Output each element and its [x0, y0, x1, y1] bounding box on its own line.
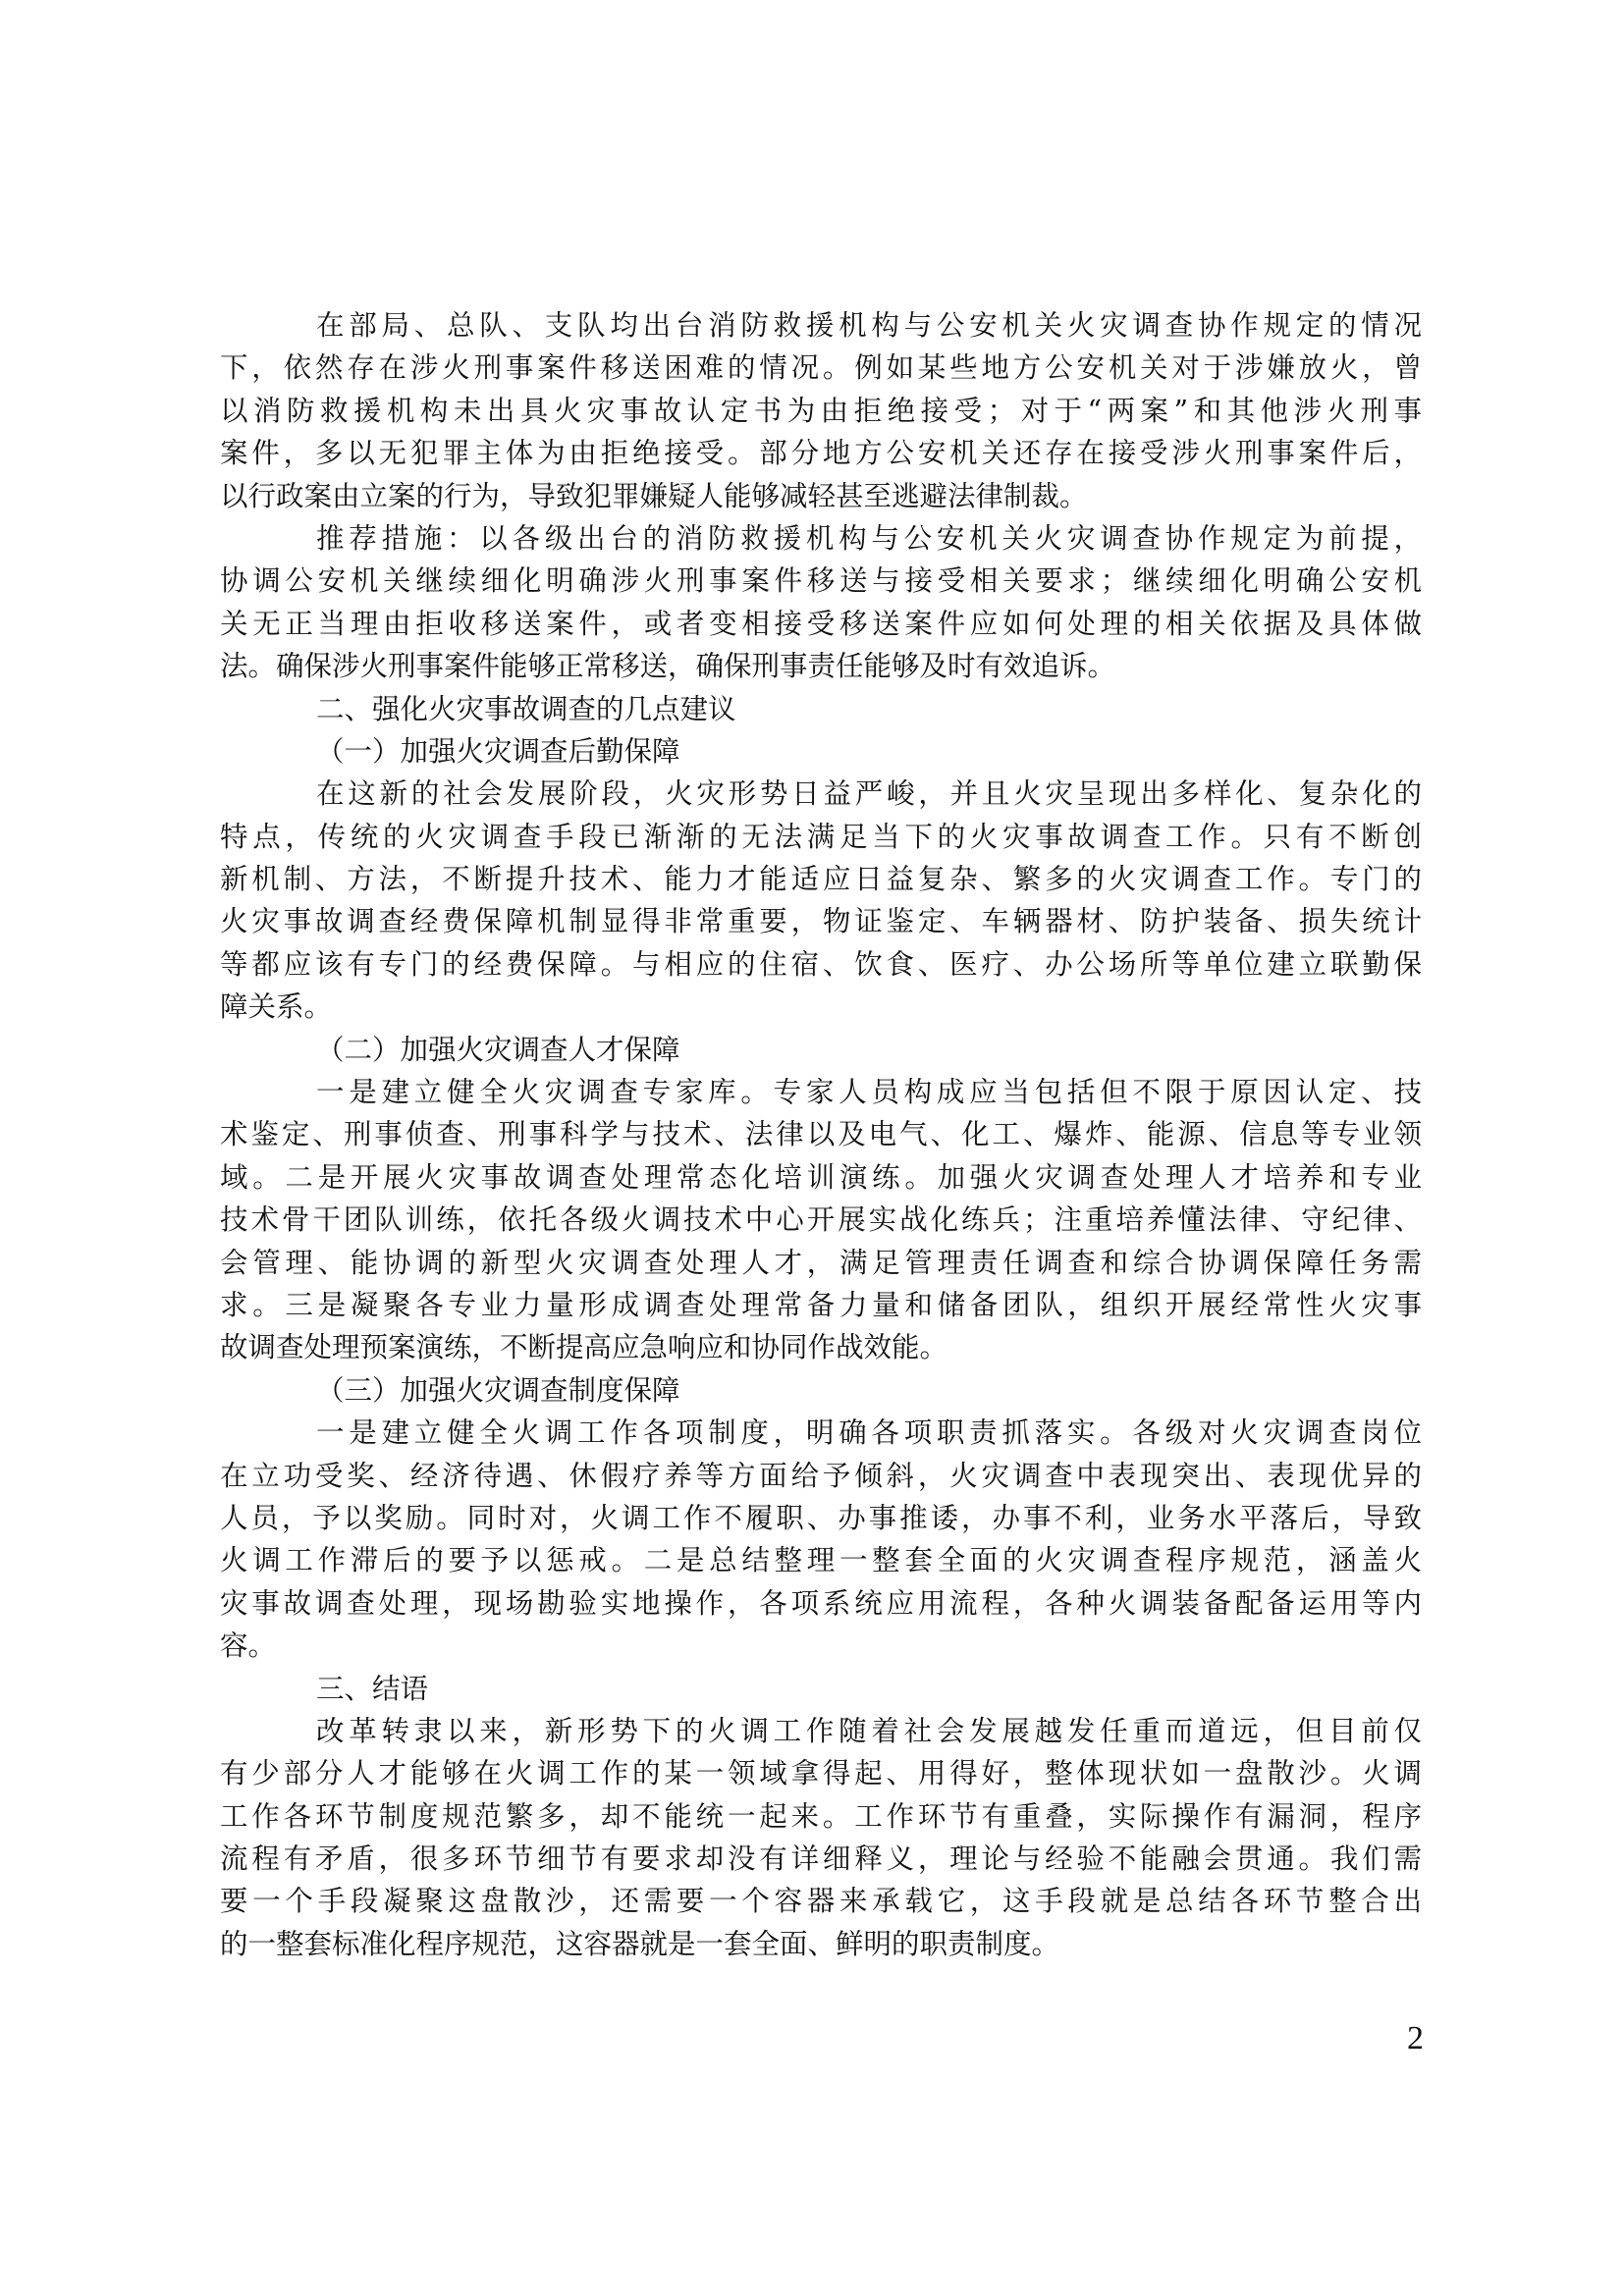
text-line: 术鉴定、刑事侦查、刑事科学与技术、法律以及电气、化工、爆炸、能源、信息等专业领 — [220, 1113, 1422, 1155]
text-line: 在立功受奖、经济待遇、休假疗养等方面给予倾斜，火灾调查中表现突出、表现优异的 — [220, 1455, 1422, 1497]
text-line: 一是建立健全火调工作各项制度，明确各项职责抓落实。各级对火灾调查岗位 — [220, 1412, 1422, 1454]
text-line: 案件，多以无犯罪主体为由拒绝接受。部分地方公安机关还存在接受涉火刑事案件后， — [220, 432, 1422, 474]
text-line: 推荐措施：以各级出台的消防救援机构与公安机关火灾调查协作规定为前提， — [220, 517, 1422, 560]
text-line: 容。 — [220, 1625, 1422, 1667]
text-line: 的一整套标准化程序规范，这容器就是一套全面、鲜明的职责制度。 — [220, 1923, 1422, 1965]
text-line: 域。二是开展火灾事故调查处理常态化培训演练。加强火灾调查处理人才培养和专业 — [220, 1156, 1422, 1199]
text-line: 协调公安机关继续细化明确涉火刑事案件移送与接受相关要求；继续细化明确公安机 — [220, 560, 1422, 602]
text-line: 障关系。 — [220, 986, 1422, 1028]
document-body: 在部局、总队、支队均出台消防救援机构与公安机关火灾调查协作规定的情况 下，依然存… — [220, 304, 1422, 1965]
text-line: 以消防救援机构未出具火灾事故认定书为由拒绝接受；对于“两案”和其他涉火刑事 — [220, 390, 1422, 432]
text-line: 在部局、总队、支队均出台消防救援机构与公安机关火灾调查协作规定的情况 — [220, 304, 1422, 347]
text-line: 在这新的社会发展阶段，火灾形势日益严峻，并且火灾呈现出多样化、复杂化的 — [220, 773, 1422, 815]
page-number: 2 — [1394, 2020, 1424, 2057]
text-line: 会管理、能协调的新型火灾调查处理人才，满足管理责任调查和综合协调保障任务需 — [220, 1242, 1422, 1284]
text-line: 工作各环节制度规范繁多，却不能统一起来。工作环节有重叠，实际操作有漏洞，程序 — [220, 1795, 1422, 1838]
document-page: 在部局、总队、支队均出台消防救援机构与公安机关火灾调查协作规定的情况 下，依然存… — [0, 0, 1624, 2296]
text-line: 求。三是凝聚各专业力量形成调查处理常备力量和储备团队，组织开展经常性火灾事 — [220, 1284, 1422, 1326]
section-heading: 三、结语 — [220, 1668, 1422, 1710]
subsection-heading: （二）加强火灾调查人才保障 — [220, 1029, 1422, 1071]
heading-text: 三、结语 — [220, 1668, 1422, 1710]
paragraph: 一是建立健全火灾调查专家库。专家人员构成应当包括但不限于原因认定、技 术鉴定、刑… — [220, 1071, 1422, 1369]
text-line: 法。确保涉火刑事案件能够正常移送，确保刑事责任能够及时有效追诉。 — [220, 645, 1422, 687]
text-line: 人员，予以奖励。同时对，火调工作不履职、办事推诿，办事不利，业务水平落后，导致 — [220, 1497, 1422, 1539]
paragraph: 推荐措施：以各级出台的消防救援机构与公安机关火灾调查协作规定为前提， 协调公安机… — [220, 517, 1422, 688]
text-line: 等都应该有专门的经费保障。与相应的住宿、饮食、医疗、办公场所等单位建立联勤保 — [220, 943, 1422, 986]
text-line: 火灾事故调查经费保障机制显得非常重要，物证鉴定、车辆器材、防护装备、损失统计 — [220, 900, 1422, 942]
text-line: 以行政案由立案的行为，导致犯罪嫌疑人能够减轻甚至逃避法律制裁。 — [220, 475, 1422, 517]
heading-text: 二、强化火灾事故调查的几点建议 — [220, 688, 1422, 730]
paragraph: 一是建立健全火调工作各项制度，明确各项职责抓落实。各级对火灾调查岗位 在立功受奖… — [220, 1412, 1422, 1667]
text-line: 灾事故调查处理，现场勘验实地操作，各项系统应用流程，各种火调装备配备运用等内 — [220, 1582, 1422, 1625]
text-line: 技术骨干团队训练，依托各级火调技术中心开展实战化练兵；注重培养懂法律、守纪律、 — [220, 1199, 1422, 1241]
text-line: 一是建立健全火灾调查专家库。专家人员构成应当包括但不限于原因认定、技 — [220, 1071, 1422, 1113]
subsection-heading: （一）加强火灾调查后勤保障 — [220, 730, 1422, 773]
text-line: 新机制、方法，不断提升技术、能力才能适应日益复杂、繁多的火灾调查工作。专门的 — [220, 858, 1422, 900]
text-line: 要一个手段凝聚这盘散沙，还需要一个容器来承载它，这手段就是总结各环节整合出 — [220, 1880, 1422, 1922]
paragraph: 在部局、总队、支队均出台消防救援机构与公安机关火灾调查协作规定的情况 下，依然存… — [220, 304, 1422, 517]
text-line: 火调工作滞后的要予以惩戒。二是总结整理一整套全面的火灾调查程序规范，涵盖火 — [220, 1539, 1422, 1581]
text-line: 故调查处理预案演练，不断提高应急响应和协同作战效能。 — [220, 1326, 1422, 1368]
heading-text: （三）加强火灾调查制度保障 — [220, 1369, 1422, 1412]
text-line: 下，依然存在涉火刑事案件移送困难的情况。例如某些地方公安机关对于涉嫌放火，曾 — [220, 347, 1422, 389]
paragraph: 改革转隶以来，新形势下的火调工作随着社会发展越发任重而道远，但目前仅 有少部分人… — [220, 1710, 1422, 1965]
text-line: 流程有矛盾，很多环节细节有要求却没有详细释义，理论与经验不能融会贯通。我们需 — [220, 1838, 1422, 1880]
text-line: 关无正当理由拒收移送案件，或者变相接受移送案件应如何处理的相关依据及具体做 — [220, 603, 1422, 645]
heading-text: （二）加强火灾调查人才保障 — [220, 1029, 1422, 1071]
paragraph: 在这新的社会发展阶段，火灾形势日益严峻，并且火灾呈现出多样化、复杂化的 特点，传… — [220, 773, 1422, 1028]
text-line: 特点，传统的火灾调查手段已渐渐的无法满足当下的火灾事故调查工作。只有不断创 — [220, 816, 1422, 858]
text-line: 有少部分人才能够在火调工作的某一领域拿得起、用得好，整体现状如一盘散沙。火调 — [220, 1752, 1422, 1794]
subsection-heading: （三）加强火灾调查制度保障 — [220, 1369, 1422, 1412]
text-line: 改革转隶以来，新形势下的火调工作随着社会发展越发任重而道远，但目前仅 — [220, 1710, 1422, 1752]
section-heading: 二、强化火灾事故调查的几点建议 — [220, 688, 1422, 730]
heading-text: （一）加强火灾调查后勤保障 — [220, 730, 1422, 773]
